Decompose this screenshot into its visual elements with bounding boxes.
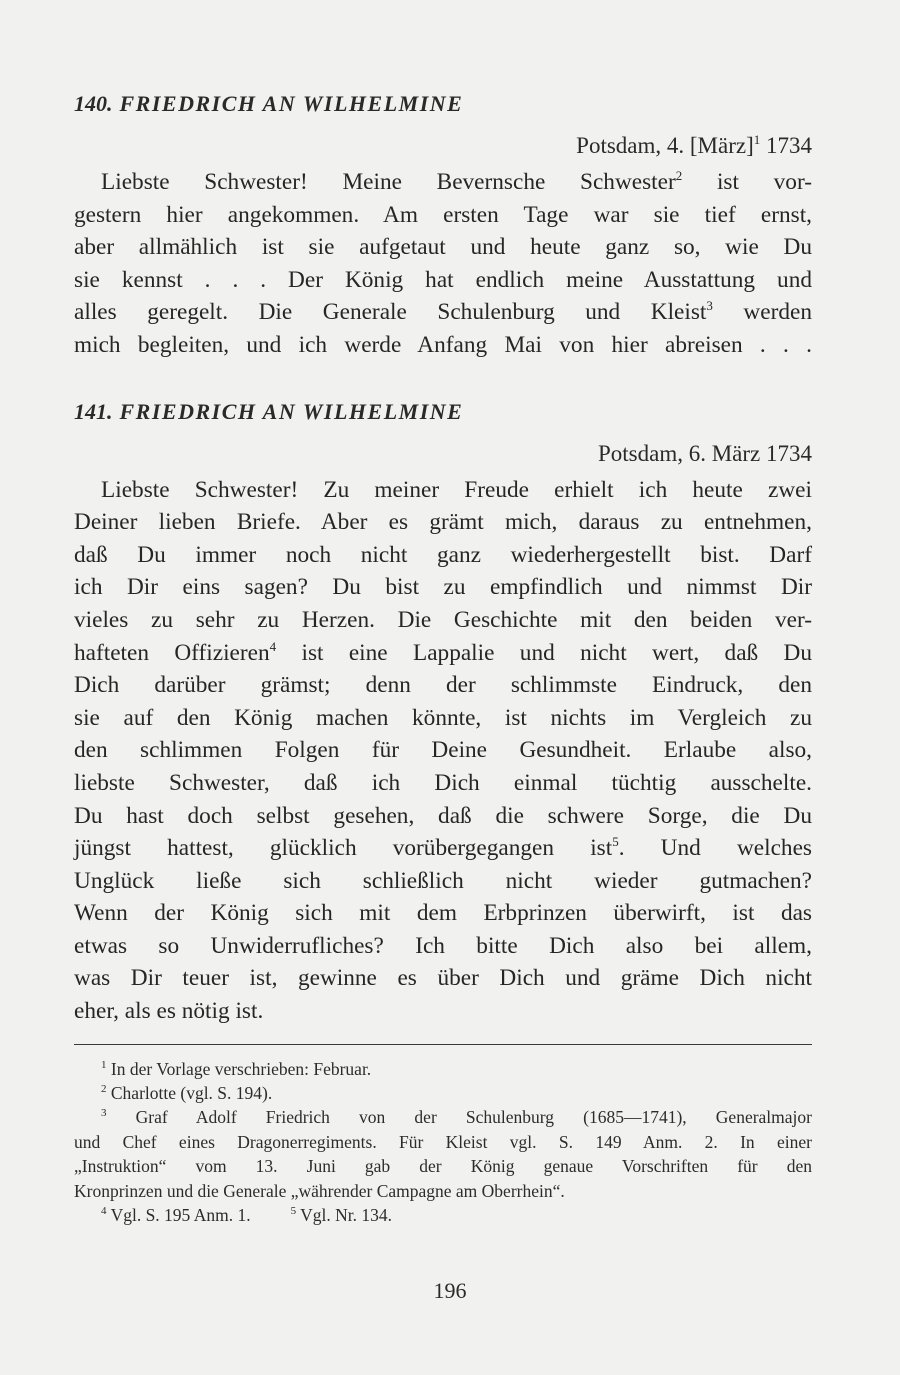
footnote-1: 1 In der Vorlage verschrieben: Februar. [74,1057,812,1081]
page-number: 196 [0,1278,900,1304]
footnote-ref: 1 [754,132,761,147]
letter-heading: 140. FRIEDRICH AN WILHELMINE [74,88,812,120]
dateline-year: 1734 [766,133,812,158]
footnotes: 1 In der Vorlage verschrieben: Februar. … [74,1057,812,1228]
letter-body: Liebste Schwester! Meine Bevernsche Schw… [74,166,812,362]
dateline-month: März [712,441,761,466]
text-line: mich begleiten, und ich werde Anfang Mai… [74,329,812,362]
text-line: den schlimmen Folgen für Deine Gesundhei… [74,734,812,767]
text-line: liebste Schwester, daß ich Dich einmal t… [74,767,812,800]
letter-141: 141. FRIEDRICH AN WILHELMINE Potsdam, 6.… [74,396,812,1028]
letter-heading: 141. FRIEDRICH AN WILHELMINE [74,396,812,428]
text-line: sie auf den König machen könnte, ist nic… [74,702,812,735]
footnote-divider [74,1044,812,1045]
text-line: aber allmählich ist sie aufgetaut und he… [74,231,812,264]
text-line: ich Dir eins sagen? Du bist zu empfindli… [74,571,812,604]
footnote-3: 3 Graf Adolf Friedrich von der Schulenbu… [74,1105,812,1129]
text-line: daß Du immer noch nicht ganz wiederherge… [74,539,812,572]
book-page: 140. FRIEDRICH AN WILHELMINE Potsdam, 4.… [74,88,812,1228]
letter-title: FRIEDRICH AN WILHELMINE [120,399,464,424]
letter-number: 141. [74,399,113,424]
letter-140: 140. FRIEDRICH AN WILHELMINE Potsdam, 4.… [74,88,812,362]
text-line: vieles zu sehr zu Herzen. Die Geschichte… [74,604,812,637]
letter-body: Liebste Schwester! Zu meiner Freude erhi… [74,474,812,1028]
footnotes-4-5: 4 Vgl. S. 195 Anm. 1.5 Vgl. Nr. 134. [74,1203,812,1227]
text-line: eher, als es nötig ist. [74,995,812,1028]
footnote-5: 5 Vgl. Nr. 134. [291,1205,392,1225]
letter-title: FRIEDRICH AN WILHELMINE [120,91,464,116]
text-line: gestern hier angekommen. Am ersten Tage … [74,199,812,232]
dateline: Potsdam, 6. März 1734 [74,438,812,470]
text-line: Wenn der König sich mit dem Erbprinzen ü… [74,897,812,930]
dateline-day: 6. [689,441,706,466]
text-line: Du hast doch selbst gesehen, daß die sch… [74,800,812,833]
text-line: Liebste Schwester! Meine Bevernsche Schw… [74,166,812,199]
dateline-year: 1734 [766,441,812,466]
dateline-place: Potsdam, [576,133,661,158]
footnote-2: 2 Charlotte (vgl. S. 194). [74,1081,812,1105]
text-line: etwas so Unwiderrufliches? Ich bitte Dic… [74,930,812,963]
text-line: Dich darüber grämst; denn der schlimmste… [74,669,812,702]
dateline-month: [März] [690,133,754,158]
footnote-3-cont: „Instruktion“ vom 13. Juni gab der König… [74,1154,812,1178]
text-line: hafteten Offizieren4 ist eine Lappalie u… [74,637,812,670]
text-line: Deiner lieben Briefe. Aber es grämt mich… [74,506,812,539]
dateline: Potsdam, 4. [März]1 1734 [74,130,812,162]
dateline-day: 4. [667,133,684,158]
letter-number: 140. [74,91,113,116]
text-line: alles geregelt. Die Generale Schulenburg… [74,296,812,329]
dateline-place: Potsdam, [598,441,683,466]
text-line: Liebste Schwester! Zu meiner Freude erhi… [74,474,812,507]
text-line: was Dir teuer ist, gewinne es über Dich … [74,962,812,995]
footnote-3-cont: und Chef eines Dragonerregiments. Für Kl… [74,1130,812,1154]
footnote-4: 4 Vgl. S. 195 Anm. 1. [101,1205,251,1225]
text-line: jüngst hattest, glücklich vorübergegange… [74,832,812,865]
text-line: sie kennst . . . Der König hat endlich m… [74,264,812,297]
footnote-3-cont: Kronprinzen und die Generale „währender … [74,1179,812,1203]
text-line: Unglück ließe sich schließlich nicht wie… [74,865,812,898]
